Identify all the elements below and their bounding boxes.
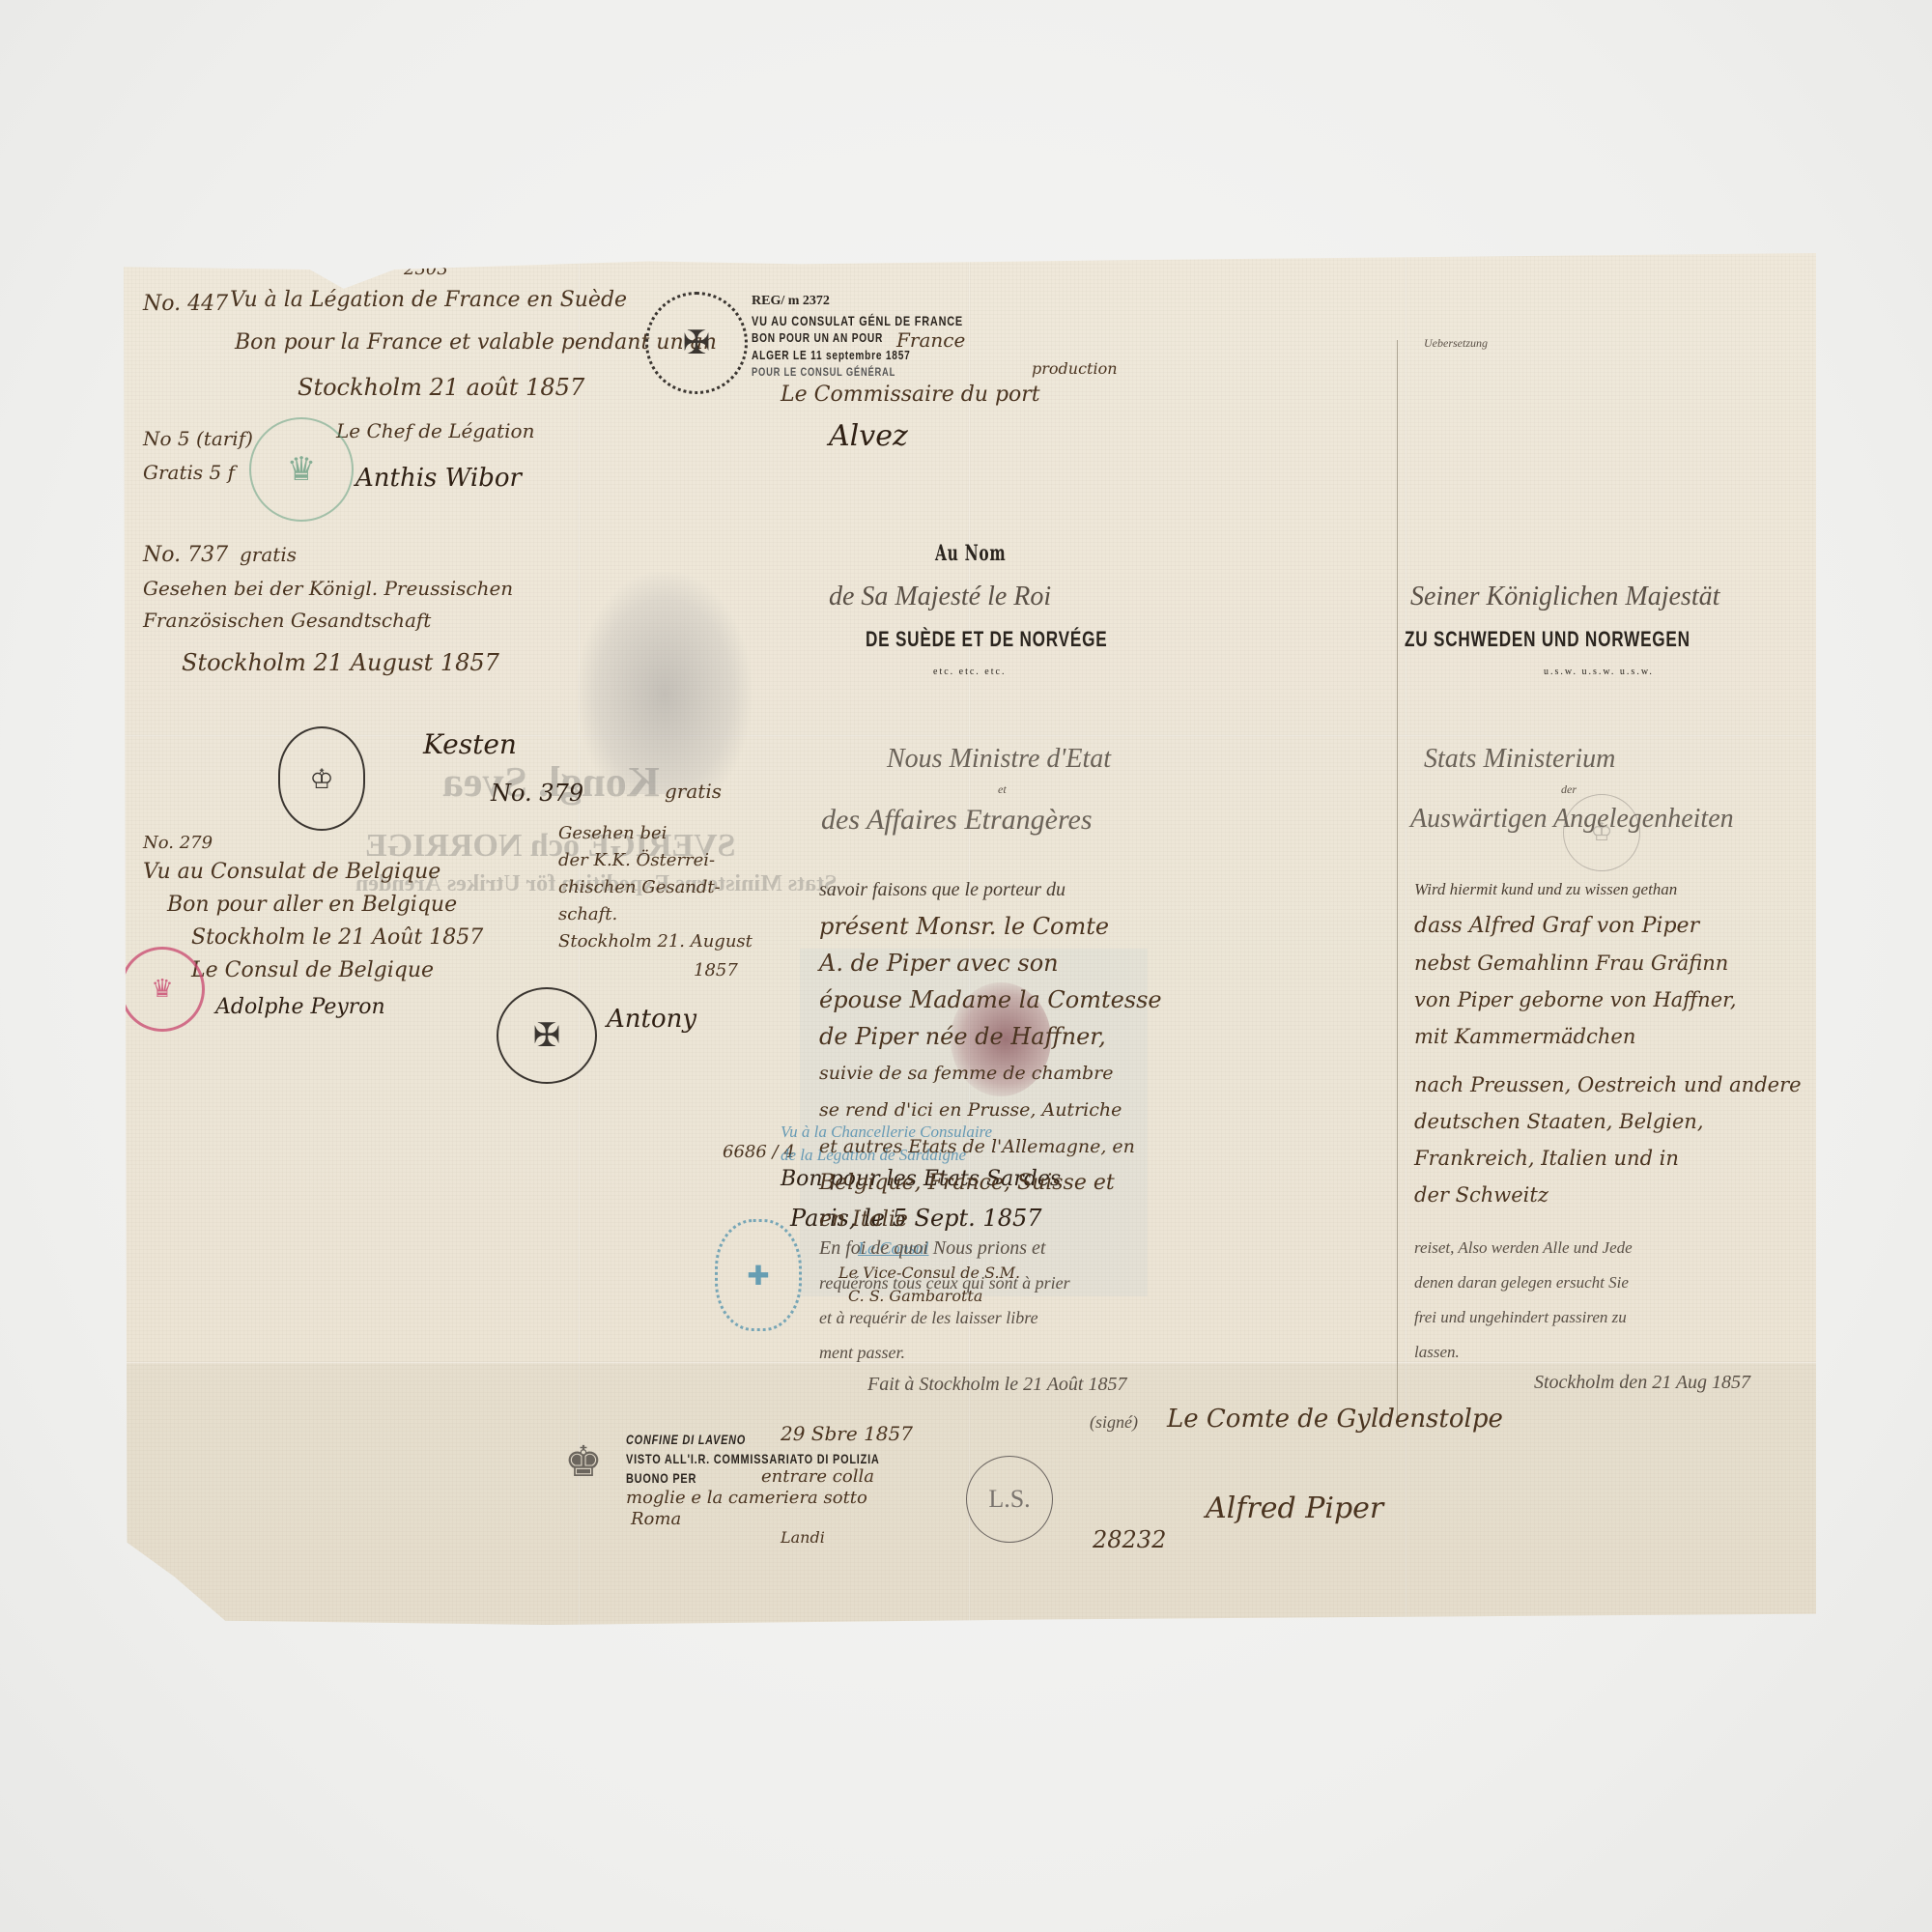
prussian-line: Französischen Gesandtschaft: [143, 609, 431, 632]
ministry-de-der: der: [1561, 782, 1577, 797]
police-signature: Landi: [781, 1528, 825, 1547]
prussian-legation-stamp: ♔: [278, 726, 365, 831]
crown-icon: ♔: [1590, 818, 1612, 847]
police-handwritten: moglie e la cameriera sotto: [626, 1488, 867, 1508]
de-dated: Stockholm den 21 Aug 1857: [1534, 1372, 1750, 1394]
header-de-kingdom: ZU SCHWEDEN UND NORWEGEN: [1405, 627, 1690, 652]
belgian-line: Stockholm le 21 Août 1857: [191, 925, 483, 950]
closing-de-line: reiset, Also werden Alle und Jede: [1414, 1231, 1820, 1265]
prussian-line: Gesehen bei der Königl. Preussischen: [143, 577, 513, 600]
ministry-fr-et: et: [998, 782, 1007, 797]
closing-de-line: frei und ungehindert passiren zu: [1414, 1300, 1820, 1335]
body-fr-line: Belgique, France, Suisse et: [819, 1165, 1360, 1202]
ministry-fr-line: des Affaires Etrangères: [821, 804, 1093, 837]
ministry-fr-line: Nous Ministre d'Etat: [887, 744, 1111, 775]
closing-french: En foi de quoi Nous prions et requérons …: [819, 1231, 1360, 1370]
eagle-crest-icon: ✠: [683, 324, 711, 362]
consulate-stamp-line: ALGER LE 11 septembre 1857: [752, 348, 911, 362]
police-handwritten: entrare colla: [761, 1466, 874, 1487]
eagle-crest-icon: ♔: [309, 763, 333, 795]
closing-german: reiset, Also werden Alle und Jede denen …: [1414, 1231, 1820, 1370]
passport-document: Kongl. Svea SVERIGE och NORRIGE Stats Mi…: [124, 253, 1816, 1625]
ministry-de-line: Stats Ministerium: [1424, 744, 1615, 775]
police-stamp-line: BUONO PER: [626, 1470, 696, 1486]
closing-fr-line: et à requérir de les laisser libre: [819, 1300, 1360, 1335]
belgian-line: Bon pour aller en Belgique: [167, 893, 457, 917]
header-fr-etc: etc. etc. etc.: [933, 667, 1006, 677]
body-de-line: mit Kammermädchen: [1414, 1018, 1820, 1055]
body-de-line: dass Alfred Graf von Piper: [1414, 908, 1820, 945]
closing-fr-line: En foi de quoi Nous prions et: [819, 1231, 1360, 1265]
prussian-number: No. 737: [143, 543, 228, 567]
belgian-consulate-stamp: ♛: [120, 947, 205, 1032]
austrian-line: Gesehen bei: [558, 823, 667, 843]
closing-de-line: lassen.: [1414, 1335, 1820, 1370]
consulate-round-stamp: ✠: [645, 292, 748, 394]
prussian-signature: Kesten: [423, 728, 517, 760]
belgian-number: No. 279: [143, 833, 213, 853]
legation-ref: 2303: [404, 259, 448, 279]
police-eagle-stamp: ♚: [549, 1424, 618, 1499]
austrian-line: Stockholm 21. August: [558, 931, 753, 952]
body-de-line: nach Preussen, Oestreich und andere: [1414, 1066, 1820, 1103]
austrian-line: 1857: [694, 960, 738, 980]
blind-seal: ♔: [1563, 794, 1640, 871]
austrian-line: chischen Gesandt-: [558, 877, 721, 897]
closing-de-line: denen daran gelegen ersucht Sie: [1414, 1265, 1820, 1300]
austrian-line: schaft.: [558, 904, 617, 924]
police-stamp-line: VISTO ALL'I.R. COMMISSARIATO DI POLIZIA: [626, 1451, 880, 1466]
police-date: 29 Sbre 1857: [781, 1422, 913, 1445]
header-fr-line1: de Sa Majesté le Roi: [829, 582, 1051, 612]
ls-seal-text: L.S.: [988, 1485, 1030, 1514]
fr-dated: Fait à Stockholm le 21 Août 1857: [867, 1374, 1127, 1396]
legation-line: Vu à la Légation de France en Suède: [230, 288, 627, 312]
french-legation-stamp: ♛: [249, 417, 354, 522]
body-fr-line: suivie de sa femme de chambre: [819, 1055, 1360, 1092]
cross-crest-icon: ✚: [747, 1260, 769, 1292]
header-de-etc: u.s.w. u.s.w. u.s.w.: [1544, 667, 1654, 677]
prussian-line: Stockholm 21 August 1857: [182, 649, 499, 676]
consulate-note: Le Commissaire du port: [781, 383, 1040, 407]
legation-note: Gratis 5 f: [143, 461, 235, 484]
crest-icon: ♛: [287, 450, 316, 489]
body-fr-line: et autres Etats de l'Allemagne, en: [819, 1128, 1360, 1165]
ls-seal: L.S.: [966, 1456, 1053, 1543]
austrian-legation-stamp: ✠: [497, 987, 597, 1084]
legation-note: No 5 (tarif): [143, 427, 253, 450]
closing-fr-line: requérons tous ceux qui sont à prier: [819, 1265, 1360, 1300]
body-fr-line: se rend d'ici en Prusse, Autriche: [819, 1092, 1360, 1128]
belgian-signature: Adolphe Peyron: [215, 995, 385, 1019]
consulate-destination: France: [896, 328, 965, 352]
police-handwritten: Roma: [631, 1509, 681, 1529]
consulate-stamp-line: BON POUR UN AN POUR: [752, 330, 883, 345]
austrian-signature: Antony: [607, 1005, 696, 1034]
body-de-line: Frankreich, Italien und in: [1414, 1140, 1820, 1177]
body-de-line: Wird hiermit kund und zu wissen gethan: [1414, 871, 1820, 908]
header-de-line1: Seiner Königlichen Majestät: [1410, 582, 1719, 612]
closing-fr-line: ment passer.: [819, 1335, 1360, 1370]
austrian-gratis: gratis: [665, 780, 722, 803]
legation-signature: Anthis Wibor: [355, 464, 522, 493]
consulate-stamp-line: VU AU CONSULAT GÉNL DE FRANCE: [752, 313, 963, 328]
body-de-line: der Schweitz: [1414, 1177, 1820, 1213]
belgian-line: Le Consul de Belgique: [191, 958, 434, 982]
sardinian-legation-stamp: ✚: [715, 1219, 802, 1331]
fold-line: [124, 734, 1816, 737]
header-de-corner-label: Uebersetzung: [1424, 336, 1488, 351]
body-fr-line: épouse Madame la Comtesse: [819, 981, 1360, 1018]
consulate-stamp-line: POUR LE CONSUL GÉNÉRAL: [752, 365, 895, 379]
body-fr-line: de Piper née de Haffner,: [819, 1018, 1360, 1055]
legation-title: Le Chef de Légation: [336, 419, 534, 442]
body-de-line: deutschen Staaten, Belgien,: [1414, 1103, 1820, 1140]
double-eagle-icon: ✠: [533, 1016, 561, 1055]
body-fr-line: savoir faisons que le porteur du: [819, 871, 1360, 908]
consulate-reg: REG/ m 2372: [752, 294, 830, 309]
body-fr-line: présent Monsr. le Comte: [819, 908, 1360, 945]
body-fr-line: A. de Piper avec son: [819, 945, 1360, 981]
consulate-signature: Alvez: [829, 419, 908, 453]
austrian-line: der K.K. Österrei-: [558, 850, 715, 870]
lion-crest-icon: ♛: [151, 975, 173, 1004]
body-german: Wird hiermit kund und zu wissen gethan d…: [1414, 871, 1820, 1213]
column-rule: [1397, 340, 1398, 1417]
legation-number: No. 447: [143, 292, 228, 316]
catalog-number: 28232: [1093, 1526, 1166, 1553]
police-stamp-line: CONFINE DI LAVENO: [626, 1432, 746, 1447]
body-de-line: nebst Gemahlinn Frau Gräfinn: [1414, 945, 1820, 981]
belgian-line: Vu au Consulat de Belgique: [143, 860, 440, 884]
minister-signature: Le Comte de Gyldenstolpe: [1167, 1405, 1503, 1434]
body-french: savoir faisons que le porteur du présent…: [819, 871, 1360, 1238]
holder-signature: Alfred Piper: [1206, 1492, 1383, 1525]
header-fr-kingdom: DE SUÈDE ET DE NORVÉGE: [866, 627, 1107, 652]
consulate-extra: production: [1032, 359, 1118, 378]
header-au-nom: Au Nom: [935, 541, 1006, 566]
prussian-gratis: gratis: [240, 543, 297, 566]
body-de-line: von Piper geborne von Haffner,: [1414, 981, 1820, 1018]
austrian-number: No. 379: [491, 780, 583, 807]
double-eagle-icon: ♚: [564, 1437, 602, 1487]
signed-label: (signé): [1090, 1412, 1138, 1433]
legation-line: Stockholm 21 août 1857: [298, 374, 584, 401]
